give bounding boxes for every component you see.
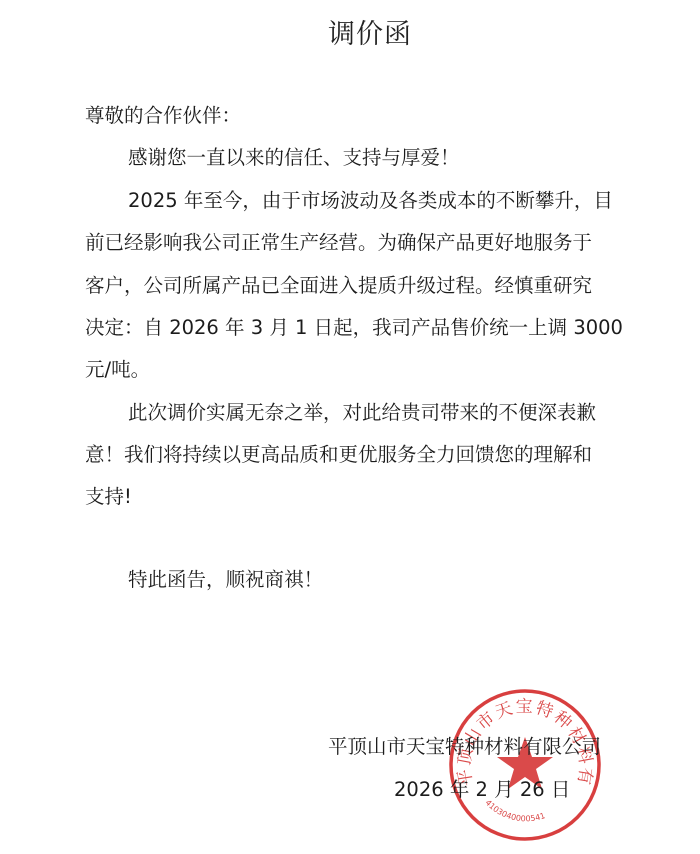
body-line: 意！我们将持续以更高品质和更优服务全力回馈您的理解和 (85, 443, 592, 467)
body-line: 前已经影响我公司正常生产经营。为确保产品更好地服务于 (85, 231, 592, 255)
company-seal: 平顶山市天宝特种材料有限公司 4103040000541 (445, 685, 605, 845)
signature-company: 平顶山市天宝特种材料有限公司 (328, 731, 601, 759)
closing-line: 特此函告，顺祝商祺！ (128, 568, 323, 592)
body-line: 决定：自 2026 年 3 月 1 日起，我司产品售价统一上调 3000 (85, 316, 623, 340)
body-line: 2025 年至今，由于市场波动及各类成本的不断攀升，目 (128, 189, 613, 213)
body-line: 客户，公司所属产品已全面进入提质升级过程。经慎重研究 (85, 274, 592, 298)
body-line: 此次调价实属无奈之举，对此给贵司带来的不便深表歉 (128, 401, 596, 425)
signature-date: 2026 年 2 月 26 日 (394, 774, 570, 802)
salutation: 尊敬的合作伙伴： (85, 104, 241, 128)
body-line: 元/吨。 (85, 358, 150, 382)
body-line: 感谢您一直以来的信任、支持与厚爱！ (128, 146, 460, 170)
page-title: 调价函 (0, 12, 700, 51)
body-line: 支持! (85, 485, 132, 509)
